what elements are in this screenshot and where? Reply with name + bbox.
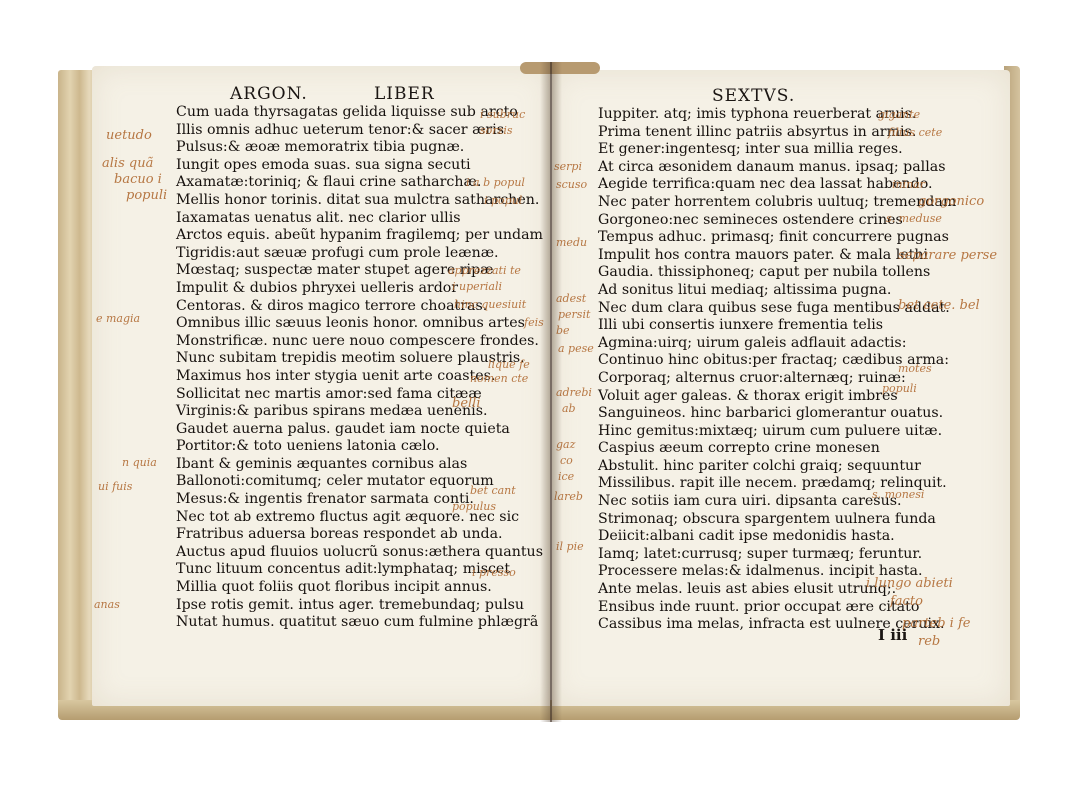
marginal-note: gorgonico — [918, 194, 984, 209]
marginal-note: ab — [562, 402, 576, 415]
marginal-note: populi — [126, 188, 167, 203]
text-line: Monstrificæ. nunc uere nouo compescere f… — [176, 333, 543, 351]
text-line: Tigridis:aut sæuæ profugi cum prole leæn… — [176, 245, 543, 263]
text-line: Iamq; latet:currusq; super turmæq; ferun… — [598, 546, 956, 564]
text-line: Deiicit:albani cadit ipse medonidis hast… — [598, 528, 956, 546]
marginal-note: i a b popul — [466, 176, 525, 189]
marginal-note: separare perse — [898, 248, 997, 263]
marginal-note: i uperiali — [452, 280, 502, 293]
marginal-note: belli — [452, 396, 481, 411]
text-line: Ad sonitus litui mediaq; altissima pugna… — [598, 282, 956, 300]
marginal-note: s. meduse — [886, 212, 942, 225]
marginal-note: i popul — [484, 194, 522, 207]
text-line: Nutat humus. quatitut sæuo cum fulmine p… — [176, 614, 543, 632]
open-book: ARGON. LIBER Cum uada thyrsagatas gelida… — [0, 0, 1073, 800]
book-gutter — [540, 62, 562, 722]
text-line: Abstulit. hinc pariter colchi graiq; seq… — [598, 458, 956, 476]
text-line: Fratribus aduersa boreas respondet ab un… — [176, 526, 543, 544]
marginal-note: reb — [918, 634, 940, 649]
marginal-note: i lungo abieti — [866, 576, 953, 591]
text-line: Nec pater horrentem colubris uultuq; tre… — [598, 194, 956, 212]
marginal-note: s. monesi — [872, 488, 924, 501]
running-head-argon: ARGON. — [230, 84, 308, 104]
text-line: Virginis:& paribus spirans medæa uenenis… — [176, 403, 543, 421]
text-line: Sanguineos. hinc barbarici glomerantur o… — [598, 405, 956, 423]
text-line: Pulsus:& æoæ memoratrix tibia pugnæ. — [176, 139, 543, 157]
marginal-note: alis quã — [102, 156, 153, 171]
marginal-note: motes — [898, 362, 932, 375]
text-line: Omnibus illic sæuus leonis honor. omnibu… — [176, 315, 543, 333]
marginal-note: uetudo — [106, 128, 152, 143]
left-page: ARGON. LIBER Cum uada thyrsagatas gelida… — [92, 66, 550, 706]
running-head-sextus: SEXTVS. — [712, 86, 795, 106]
marginal-note: n quia — [122, 456, 157, 469]
text-line: Agmina:uirq; uirum galeis adflauit adact… — [598, 335, 956, 353]
text-line: Sollicitat nec martis amor:sed fama citæ… — [176, 386, 543, 404]
text-line: Caspius æeum correpto crine monesen — [598, 440, 956, 458]
text-line: Arctos equis. abeũt hypanim fragilemq; p… — [176, 227, 543, 245]
text-line: Hinc gemitus:mixtæq; uirum cum puluere u… — [598, 423, 956, 441]
marginal-note: gigante — [878, 108, 920, 121]
marginal-note: anas — [94, 598, 120, 611]
text-line: Portitor:& toto ueniens latonia cælo. — [176, 438, 543, 456]
text-line: Gaudia. thissiphoneq; caput per nubila t… — [598, 264, 956, 282]
text-line: Illi ubi consertis iunxere frementia tel… — [598, 317, 956, 335]
marginal-note: hinc quesiuit — [454, 298, 526, 311]
marginal-note: filius cete — [888, 126, 942, 139]
marginal-note: bet cant — [470, 484, 516, 497]
marginal-note: bet cete. bel — [898, 298, 980, 313]
marginal-note: i presso — [472, 566, 516, 579]
marginal-note: facto — [890, 594, 923, 609]
marginal-note: lique fe — [488, 358, 530, 371]
marginal-note: e magia — [96, 312, 140, 325]
marginal-note: ui fuis — [98, 480, 132, 493]
marginal-note: populi — [882, 382, 917, 395]
text-line: Iaxamatas uenatus alit. nec clarior ulli… — [176, 210, 543, 228]
marginal-note: parteb i fe — [902, 616, 970, 631]
marginal-note: apprezzati te — [448, 264, 521, 277]
text-line: At circa æsonidem danaum manus. ipsaq; p… — [598, 159, 956, 177]
text-line: Ipse rotis gemit. intus ager. tremebunda… — [176, 597, 543, 615]
text-line: Tempus adhuc. primasq; finit concurrere … — [598, 229, 956, 247]
marginal-note: a pese — [558, 342, 594, 355]
text-line: Millia quot foliis quot floribus incipit… — [176, 579, 543, 597]
marginal-note: sorzis — [480, 124, 512, 137]
text-line: Et gener:ingentesq; inter sua millia reg… — [598, 141, 956, 159]
running-head-liber: LIBER — [374, 84, 435, 104]
marginal-note: ininar — [892, 178, 925, 191]
text-line: Iungit opes emoda suas. sua signa secuti — [176, 157, 543, 175]
marginal-note: bacuo i — [114, 172, 162, 187]
marginal-note: i subruc — [480, 108, 525, 121]
right-page: SEXTVS. Iuppiter. atq; imis typhona reue… — [552, 70, 1010, 706]
text-line: Strimonaq; obscura spargentem uulnera fu… — [598, 511, 956, 529]
text-line: Ibant & geminis æquantes cornibus alas — [176, 456, 543, 474]
marginal-note: nomen cte — [470, 372, 528, 385]
marginal-note: populus — [452, 500, 496, 513]
text-line: Auctus apud fluuios uolucrũ sonus:æthera… — [176, 544, 543, 562]
marginal-note: persit — [558, 308, 590, 321]
text-line: Gaudet auerna palus. gaudet iam nocte qu… — [176, 421, 543, 439]
